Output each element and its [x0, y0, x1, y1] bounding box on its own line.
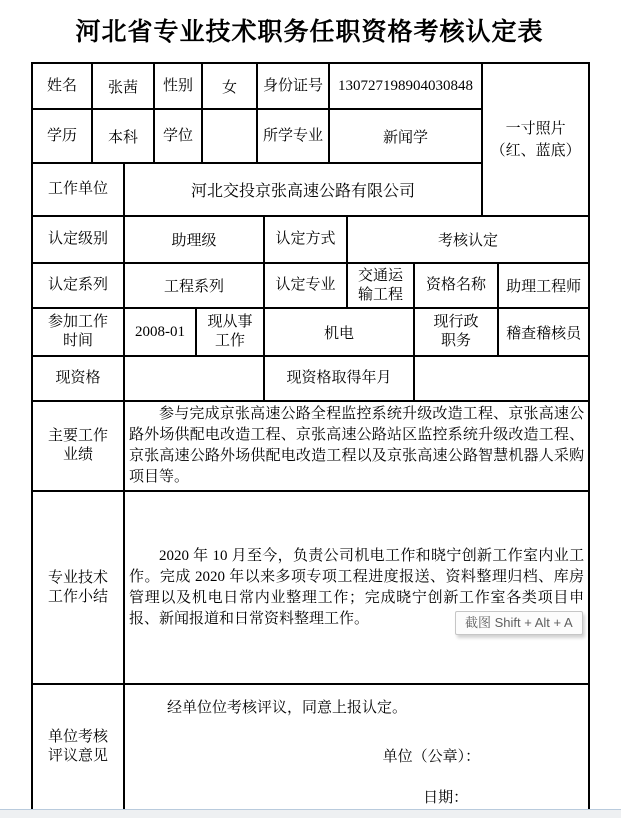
page-title: 河北省专业技术职务任职资格考核认定表 [31, 12, 588, 48]
level-value: 助理级 [124, 216, 264, 263]
row-series: 认定系列 工程系列 认定专业 交通运 输工程 资格名称 助理工程师 [32, 263, 589, 308]
qualification-name-label: 资格名称 [414, 263, 498, 308]
series-value: 工程系列 [124, 263, 264, 308]
document-page: 河北省专业技术职务任职资格考核认定表 姓名 张茜 性别 女 身份证号 13072… [0, 0, 621, 818]
admin-post-label: 现行政 职务 [414, 308, 498, 356]
summary-label: 专业技术 工作小结 [32, 491, 124, 684]
gender-label: 性别 [154, 63, 202, 109]
row-current-qualification: 现资格 现资格取得年月 [32, 356, 589, 401]
series-label: 认定系列 [32, 263, 124, 308]
degree-label: 学位 [154, 109, 202, 163]
major-label: 所学专业 [257, 109, 329, 163]
work-start-value: 2008-01 [124, 308, 196, 356]
qualification-date-label: 现资格取得年月 [264, 356, 414, 401]
name-label: 姓名 [32, 63, 92, 109]
review-label: 单位考核 评议意见 [32, 684, 124, 810]
current-job-label: 现从事 工作 [196, 308, 264, 356]
method-value: 考核认定 [347, 216, 589, 263]
review-cell: 经单位位考核评议，同意上报认定。 单位（公章）： 日期： [124, 684, 589, 810]
row-achievements: 主要工作 业绩 参与完成京张高速公路全程监控系统升级改造工程、京张高速公路外场供… [32, 401, 589, 491]
id-label: 身份证号 [257, 63, 329, 109]
current-job-value: 机电 [264, 308, 414, 356]
achievements-cell: 参与完成京张高速公路全程监控系统升级改造工程、京张高速公路外场供配电改造工程、京… [124, 401, 589, 491]
education-value: 本科 [92, 109, 154, 163]
profession-value: 交通运 输工程 [347, 263, 414, 308]
row-level: 认定级别 助理级 认定方式 考核认定 [32, 216, 589, 263]
achievements-label: 主要工作 业绩 [32, 401, 124, 491]
id-number-value: 130727198904030848 [329, 63, 482, 109]
summary-cell: 2020 年 10 月至今，负责公司机电工作和晓宁创新工作室内业工作。完成 20… [124, 491, 589, 684]
qualification-date-value [414, 356, 589, 401]
admin-post-value: 稽查稽核员 [498, 308, 589, 356]
review-date-line: 日期： [137, 786, 576, 807]
review-content: 经单位位考核评议，同意上报认定。 单位（公章）： 日期： [129, 686, 584, 808]
level-label: 认定级别 [32, 216, 124, 263]
education-label: 学历 [32, 109, 92, 163]
method-label: 认定方式 [264, 216, 347, 263]
screenshot-shortcut-tooltip: 截图 Shift + Alt + A [455, 611, 583, 635]
profession-label: 认定专业 [264, 263, 347, 308]
employer-value: 河北交投京张高速公路有限公司 [124, 163, 482, 216]
employer-label: 工作单位 [32, 163, 124, 216]
qualification-name-value: 助理工程师 [498, 263, 589, 308]
row-work-start: 参加工作 时间 2008-01 现从事 工作 机电 现行政 职务 稽查稽核员 [32, 308, 589, 356]
achievements-text: 参与完成京张高速公路全程监控系统升级改造工程、京张高速公路外场供配电改造工程、京… [129, 404, 584, 488]
row-summary: 专业技术 工作小结 2020 年 10 月至今，负责公司机电工作和晓宁创新工作室… [32, 491, 589, 684]
row-name: 姓名 张茜 性别 女 身份证号 130727198904030848 一寸照片 … [32, 63, 589, 109]
photo-placeholder-cell: 一寸照片 （红、蓝底） [482, 63, 589, 216]
major-value: 新闻学 [329, 109, 482, 163]
degree-value [202, 109, 257, 163]
current-qualification-label: 现资格 [32, 356, 124, 401]
review-seal-line: 单位（公章）： [137, 745, 576, 766]
gender-value: 女 [202, 63, 257, 109]
name-value: 张茜 [92, 63, 154, 109]
review-opinion-text: 经单位位考核评议，同意上报认定。 [137, 696, 576, 717]
current-qualification-value [124, 356, 264, 401]
row-review: 单位考核 评议意见 经单位位考核评议，同意上报认定。 单位（公章）： 日期： [32, 684, 589, 810]
window-bottom-edge [0, 809, 621, 818]
work-start-label: 参加工作 时间 [32, 308, 124, 356]
assessment-form-table: 姓名 张茜 性别 女 身份证号 130727198904030848 一寸照片 … [31, 62, 590, 811]
